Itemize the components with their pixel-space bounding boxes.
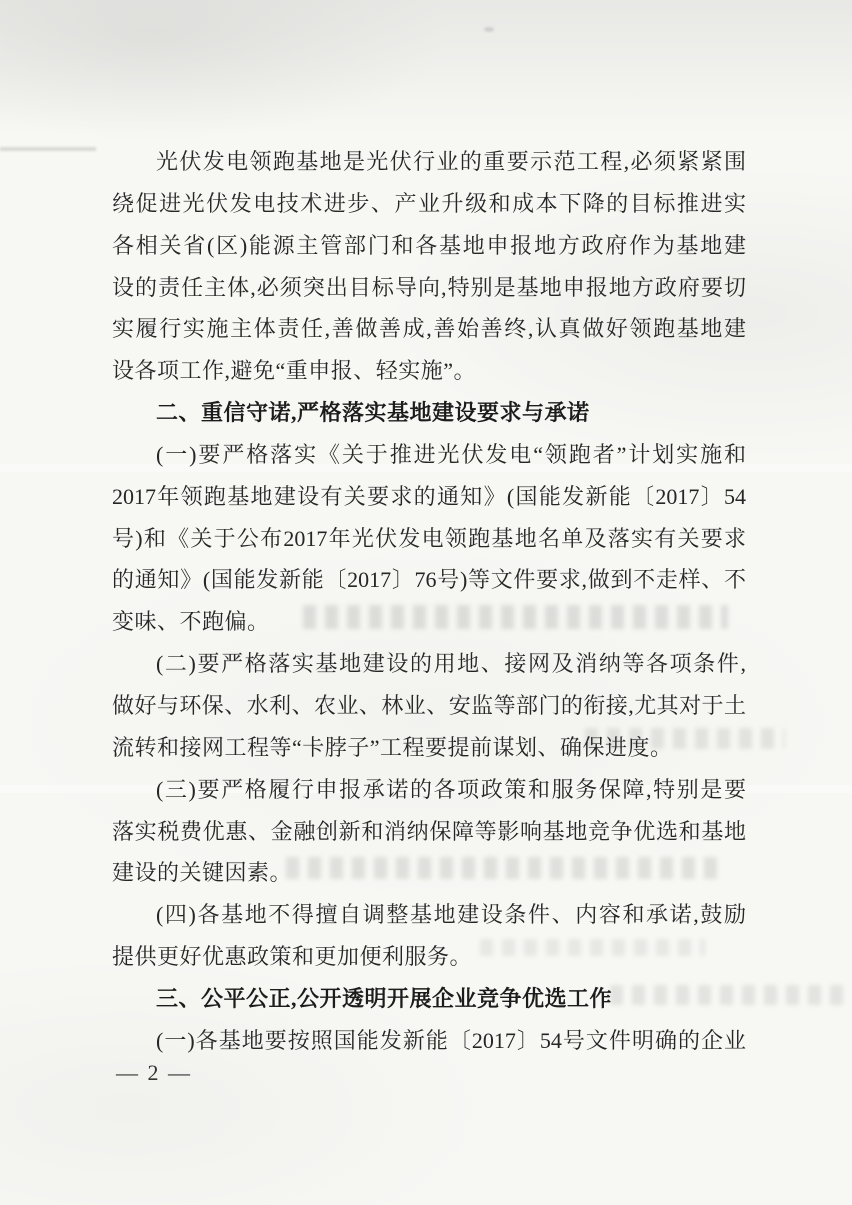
text-line: (一)要严格落实《关于推进光伏发电“领跑者”计划实施和 (112, 434, 746, 476)
text-line: (二)要严格落实基地建设的用地、接网及消纳等各项条件, (112, 643, 746, 685)
text-line: 建设的关键因素。 (112, 852, 746, 894)
text-line: 实履行实施主体责任,善做善成,善始善终,认真做好领跑基地建 (112, 308, 746, 350)
document-page: 光伏发电领跑基地是光伏行业的重要示范工程,必须紧紧围绕促进光伏发电技术进步、产业… (0, 0, 852, 1205)
scan-artifact-speck (484, 27, 494, 32)
text-line: 提供更好优惠政策和更加便利服务。 (112, 936, 746, 978)
text-line: 的通知》(国能发新能〔2017〕76号)等文件要求,做到不走样、不 (112, 559, 746, 601)
text-line: 各相关省(区)能源主管部门和各基地申报地方政府作为基地建 (112, 225, 746, 267)
text-line: 设各项工作,避免“重申报、轻实施”。 (112, 350, 746, 392)
text-line: (三)要严格履行申报承诺的各项政策和服务保障,特别是要 (112, 769, 746, 811)
text-line: 绕促进光伏发电技术进步、产业升级和成本下降的目标推进实施。 (112, 183, 746, 225)
text-line: 号)和《关于公布2017年光伏发电领跑基地名单及落实有关要求 (112, 518, 746, 560)
text-line: 2017年领跑基地建设有关要求的通知》(国能发新能〔2017〕54 (112, 476, 746, 518)
text-line: 光伏发电领跑基地是光伏行业的重要示范工程,必须紧紧围 (112, 141, 746, 183)
section-heading: 三、公平公正,公开透明开展企业竞争优选工作 (112, 978, 746, 1020)
text-line: 流转和接网工程等“卡脖子”工程要提前谋划、确保进度。 (112, 727, 746, 769)
page-number: — 2 — (116, 1060, 192, 1086)
text-line: 变味、不跑偏。 (112, 601, 746, 643)
text-line: 落实税费优惠、金融创新和消纳保障等影响基地竞争优选和基地 (112, 811, 746, 853)
text-line: (四)各基地不得擅自调整基地建设条件、内容和承诺,鼓励 (112, 894, 746, 936)
document-body: 光伏发电领跑基地是光伏行业的重要示范工程,必须紧紧围绕促进光伏发电技术进步、产业… (112, 141, 746, 1062)
section-heading: 二、重信守诺,严格落实基地建设要求与承诺 (112, 392, 746, 434)
text-line: 做好与环保、水利、农业、林业、安监等部门的衔接,尤其对于土地 (112, 685, 746, 727)
text-line: (一)各基地要按照国能发新能〔2017〕54号文件明确的企业 (112, 1020, 746, 1062)
scan-artifact-fold-line (0, 147, 96, 151)
text-line: 设的责任主体,必须突出目标导向,特别是基地申报地方政府要切 (112, 267, 746, 309)
